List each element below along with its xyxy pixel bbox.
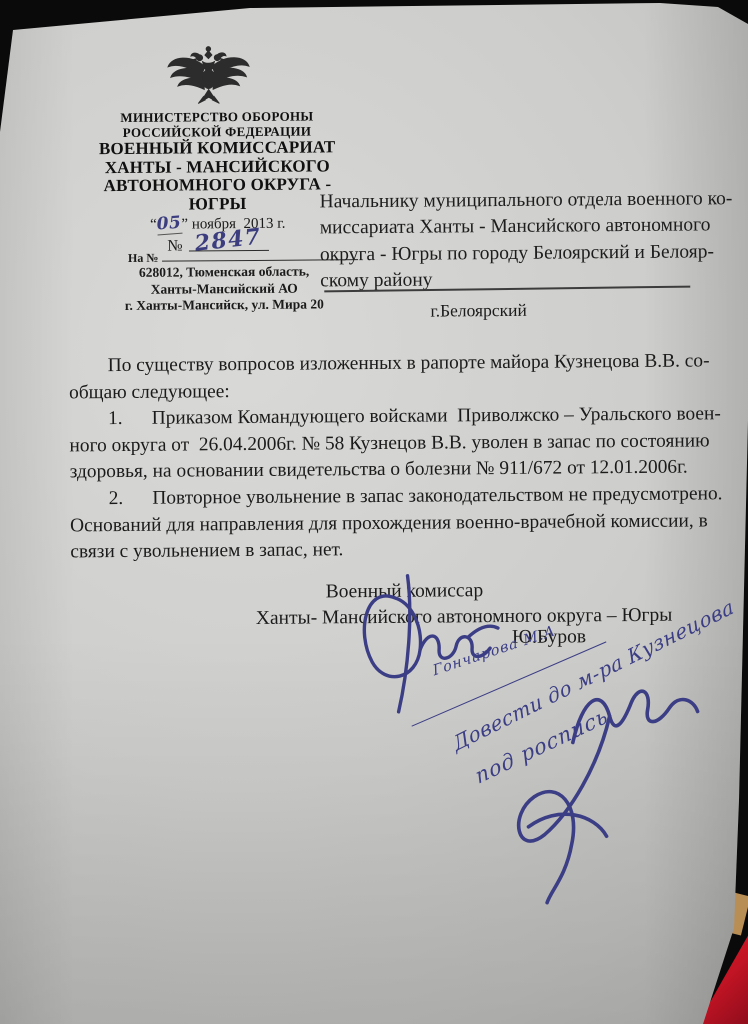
addressee-line: миссариата Ханты - Мансийского автономно… [320, 213, 742, 243]
pen-signature-flourish-icon [497, 683, 748, 915]
sender-address: 628012, Тюменская область, Ханты-Мансийс… [112, 263, 336, 315]
letter-body: По существу вопросов изложенных в рапорт… [69, 348, 747, 566]
number-underline: 2847 [188, 230, 268, 252]
letterhead-line: АВТОНОМНОГО ОКРУГА - [87, 175, 347, 196]
address-line: Ханты-Мансийский АО [112, 280, 336, 298]
document-paper: МИНИСТЕРСТВО ОБОРОНЫ РОССИЙСКОЙ ФЕДЕРАЦИ… [0, 0, 748, 1024]
body-line: По существу вопросов изложенных в рапорт… [69, 348, 745, 380]
addressee-line: Начальнику муниципального отдела военног… [319, 186, 741, 216]
body-line: Оснований для направления для прохождени… [70, 508, 746, 540]
addressee-block: Начальнику муниципального отдела военног… [319, 186, 742, 295]
letterhead-line: ЮГРЫ [88, 194, 348, 215]
document-content: МИНИСТЕРСТВО ОБОРОНЫ РОССИЙСКОЙ ФЕДЕРАЦИ… [0, 0, 748, 1024]
letterhead: МИНИСТЕРСТВО ОБОРОНЫ РОССИЙСКОЙ ФЕДЕРАЦИ… [87, 108, 348, 214]
pen-signature-icon [349, 557, 500, 718]
address-line: 628012, Тюменская область, [112, 263, 336, 281]
city-line: г.Белоярский [430, 300, 527, 322]
double-headed-eagle-emblem-icon [164, 43, 252, 108]
na-number-label: На № [128, 251, 159, 265]
addressee-line: округа - Югры по городу Белоярский и Бел… [320, 239, 742, 269]
address-line: г. Ханты-Мансийск, ул. Мира 20 [112, 296, 336, 314]
photo-background: МИНИСТЕРСТВО ОБОРОНЫ РОССИЙСКОЙ ФЕДЕРАЦИ… [0, 0, 748, 1024]
